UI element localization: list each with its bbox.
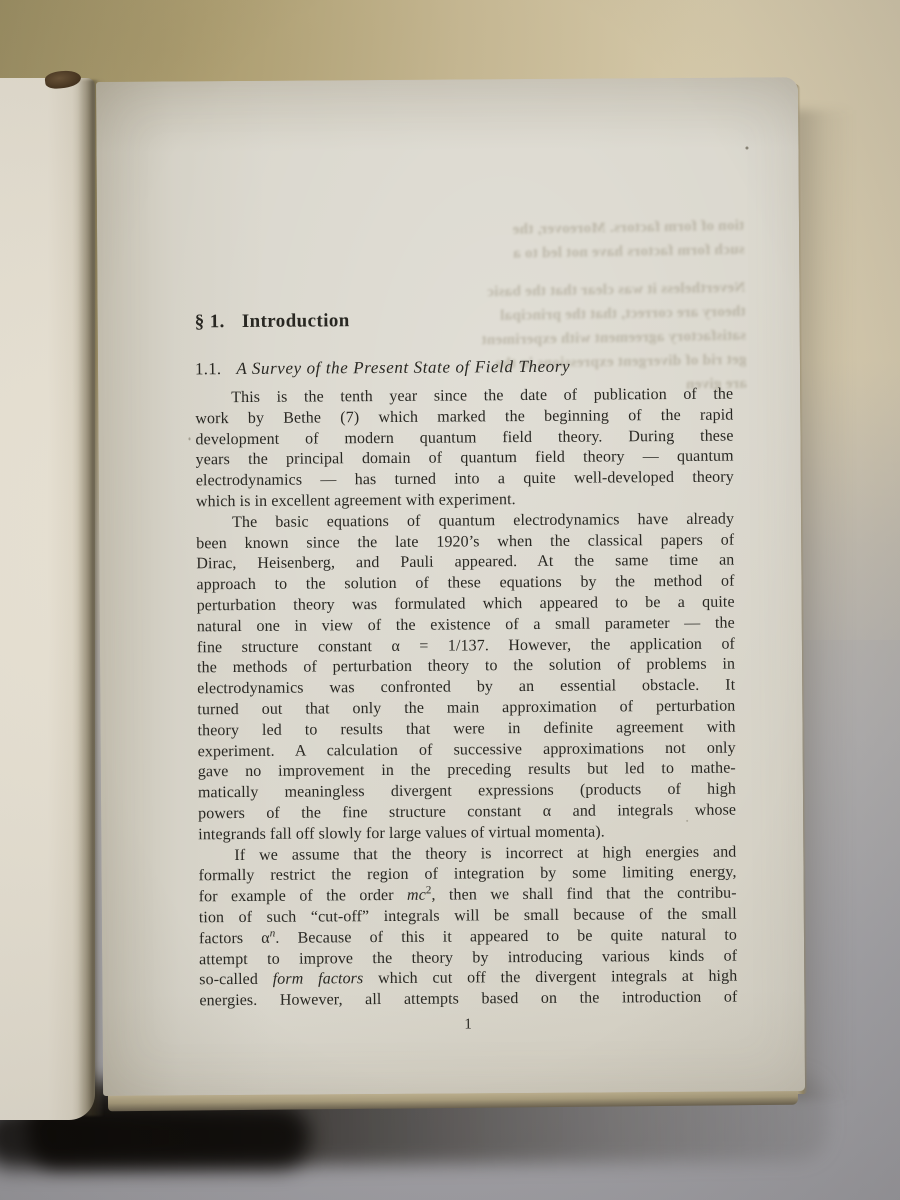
- paper-speck: [745, 146, 748, 149]
- section-label: § 1.: [195, 311, 225, 332]
- line-segment: for example of the order: [199, 887, 407, 905]
- line-segment: , then we shall find that the contribu-: [431, 885, 736, 904]
- term-form-factors: form factors: [273, 970, 364, 988]
- subsection-title: A Survey of the Present State of Field T…: [236, 357, 570, 378]
- subsection-number: 1.1.: [195, 359, 221, 378]
- book-page: tion of form factors. Moreover, the such…: [96, 77, 805, 1096]
- line-segment: which cut off the divergent integrals at…: [363, 968, 737, 988]
- subsection-heading: 1.1.A Survey of the Present State of Fie…: [195, 356, 733, 382]
- text-column: § 1.Introduction 1.1.A Survey of the Pre…: [195, 308, 738, 1036]
- text-line: electrodynamics — has turned into a quit…: [196, 468, 734, 493]
- book-photo-scene: tion of form factors. Moreover, the such…: [0, 0, 900, 1200]
- line-segment: . Because of this it appeared to be quit…: [275, 926, 737, 946]
- line-segment: so-called: [199, 971, 273, 989]
- body-text: This is the tenth year since the date of…: [195, 385, 737, 1013]
- text-line: powers of the fine structure constant α …: [198, 800, 736, 825]
- section-title: Introduction: [242, 310, 350, 332]
- math-mc: mc: [407, 887, 426, 904]
- text-line: energies. However, all attempts based on…: [199, 988, 737, 1013]
- page-number: 1: [200, 1014, 738, 1035]
- paper-speck: [188, 437, 190, 440]
- section-heading: § 1.Introduction: [195, 308, 733, 336]
- line-segment: factors α: [199, 930, 270, 947]
